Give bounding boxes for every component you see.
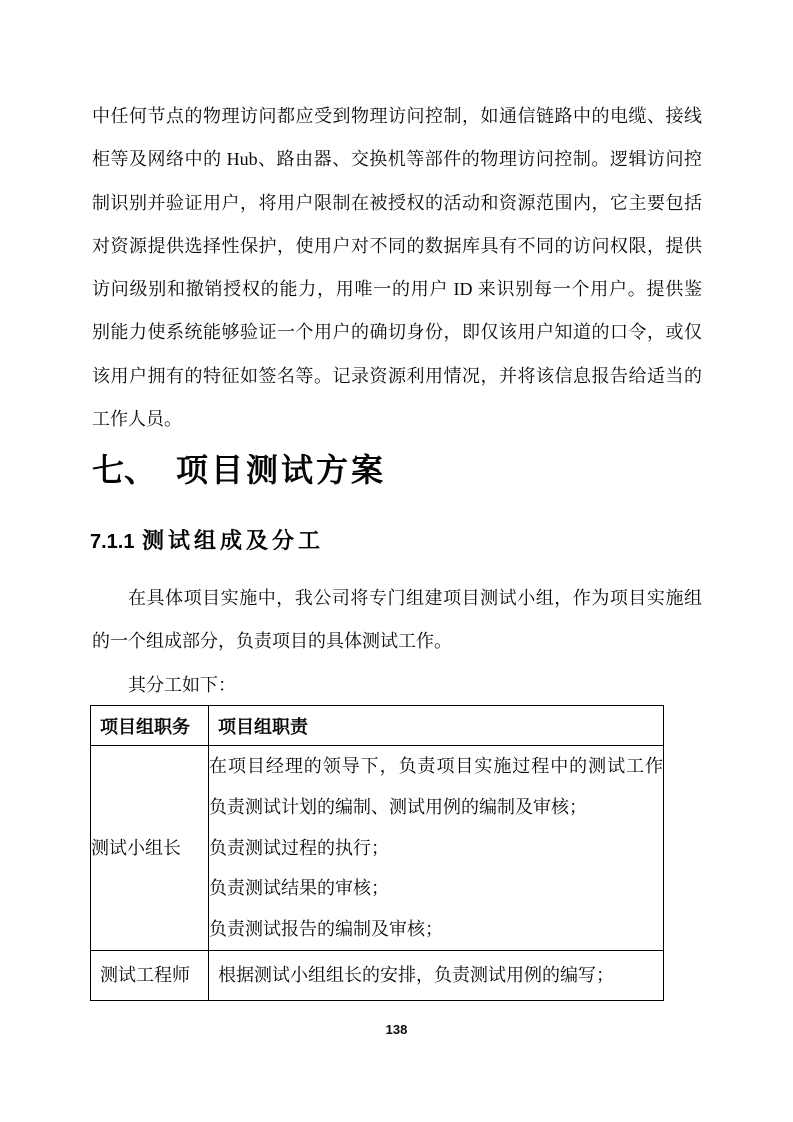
table-header-row: 项目组职务 项目组职责 [91, 706, 664, 746]
paragraph-line: 访问级别和撤销授权的能力，用唯一的用户 ID 来识别每一个用户。提供鉴 [92, 268, 702, 311]
duty-line: 负责测试计划的编制、测试用例的编制及审核； [209, 787, 663, 828]
subsection-title: 测试组成及分工 [142, 528, 324, 553]
intro-paragraph: 中任何节点的物理访问都应受到物理访问控制，如通信链路中的电缆、接线 柜等及网络中… [92, 95, 702, 441]
section-heading: 七、项目测试方案 [92, 450, 732, 490]
paragraph-line: 该用户拥有的特征如签名等。记录资源利用情况，并将该信息报告给适当的 [92, 355, 702, 398]
section-number: 七、 [92, 450, 176, 490]
roles-table: 项目组职务 项目组职责 测试小组长 在项目经理的领导下，负责项目实施过程中的测试… [90, 705, 664, 1001]
document-page: 中任何节点的物理访问都应受到物理访问控制，如通信链路中的电缆、接线 柜等及网络中… [0, 0, 793, 1122]
table-row: 测试工程师 根据测试小组组长的安排，负责测试用例的编写； [91, 950, 664, 1000]
subsection-number: 7.1.1 [90, 528, 142, 556]
work-split-leadin: 其分工如下： [92, 664, 702, 707]
table-row: 测试小组长 在项目经理的领导下，负责项目实施过程中的测试工作 负责测试计划的编制… [91, 746, 664, 951]
duty-cell: 在项目经理的领导下，负责项目实施过程中的测试工作 负责测试计划的编制、测试用例的… [209, 746, 664, 951]
role-cell: 测试小组长 [91, 746, 209, 951]
table-header-duty: 项目组职责 [209, 706, 664, 746]
page-number: 138 [0, 1022, 793, 1037]
duty-line: 负责测试过程的执行； [209, 828, 663, 869]
paragraph-line: 的一个组成部分，负责项目的具体测试工作。 [92, 620, 702, 663]
body-paragraph: 在具体项目实施中，我公司将专门组建项目测试小组，作为项目实施组 的一个组成部分，… [92, 577, 702, 664]
role-cell: 测试工程师 [91, 950, 209, 1000]
subsection-heading: 7.1.1测试组成及分工 [90, 527, 730, 556]
duty-line: 负责测试报告的编制及审核； [209, 909, 663, 950]
paragraph-line: 对资源提供选择性保护，使用户对不同的数据库具有不同的访问权限，提供 [92, 225, 702, 268]
section-title: 项目测试方案 [176, 452, 386, 488]
paragraph-line: 中任何节点的物理访问都应受到物理访问控制，如通信链路中的电缆、接线 [92, 95, 702, 138]
paragraph-line: 其分工如下： [92, 664, 702, 707]
paragraph-line: 制识别并验证用户，将用户限制在被授权的活动和资源范围内，它主要包括 [92, 182, 702, 225]
paragraph-line: 工作人员。 [92, 398, 702, 441]
duty-line: 负责测试结果的审核； [209, 868, 663, 909]
paragraph-line: 在具体项目实施中，我公司将专门组建项目测试小组，作为项目实施组 [92, 577, 702, 620]
duty-cell: 根据测试小组组长的安排，负责测试用例的编写； [209, 950, 664, 1000]
duty-line: 在项目经理的领导下，负责项目实施过程中的测试工作 [209, 746, 663, 787]
paragraph-line: 别能力使系统能够验证一个用户的确切身份，即仅该用户知道的口令，或仅 [92, 311, 702, 354]
table-header-role: 项目组职务 [91, 706, 209, 746]
duty-line: 根据测试小组组长的安排，负责测试用例的编写； [218, 965, 657, 985]
paragraph-line: 柜等及网络中的 Hub、路由器、交换机等部件的物理访问控制。逻辑访问控 [92, 138, 702, 181]
